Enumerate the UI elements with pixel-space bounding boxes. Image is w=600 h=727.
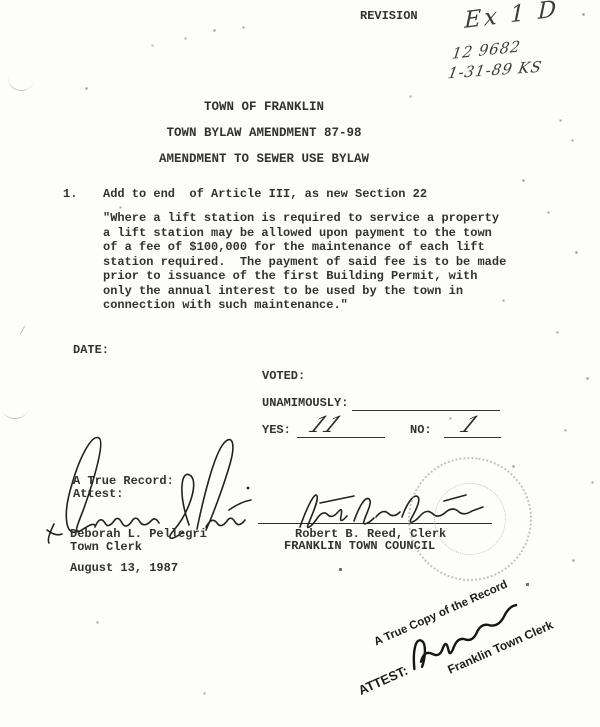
doc-amendment-subject: AMENDMENT TO SEWER USE BYLAW	[114, 146, 414, 172]
pencil-tick-mark	[20, 326, 32, 334]
yes-blank-line: 11	[297, 423, 385, 438]
attestation-date: August 13, 1987	[70, 561, 178, 575]
yes-tally-handwriting: 11	[303, 413, 347, 438]
unanimously-blank-line	[352, 396, 500, 411]
section-number: 1.	[63, 187, 77, 201]
no-blank-line: 1	[444, 423, 501, 438]
doc-title: TOWN OF FRANKLIN	[114, 94, 414, 120]
no-label: NO:	[410, 423, 432, 437]
no-tally-handwriting: 1	[454, 413, 484, 438]
exhibit-handwriting: Ex 1 D	[464, 0, 559, 34]
deborah-title: Town Clerk	[70, 540, 142, 554]
yes-label: YES:	[262, 423, 291, 437]
revision-label: REVISION	[360, 9, 418, 23]
section-heading: Add to end of Article III, as new Sectio…	[103, 187, 427, 201]
unanimously-label: UNAMIMOUSLY:	[262, 396, 348, 410]
pencil-arc-mark	[5, 63, 36, 94]
embossed-seal-inner-ring	[429, 478, 511, 560]
doc-amendment-number: TOWN BYLAW AMENDMENT 87-98	[114, 120, 414, 146]
title-block: TOWN OF FRANKLIN TOWN BYLAW AMENDMENT 87…	[114, 94, 414, 172]
scanned-document-page: REVISION Ex 1 D 12 9682 1-31-89 KS TOWN …	[0, 0, 600, 727]
voted-label: VOTED:	[262, 369, 305, 383]
scan-specks	[0, 0, 1, 1]
section-body-text: "Where a lift station is required to ser…	[103, 211, 521, 313]
date-label: DATE:	[73, 343, 109, 357]
stamp-attest-label: ATTEST:	[356, 663, 410, 698]
pencil-arc-mark	[2, 398, 28, 419]
deborah-typed-name: Deborah L. Pellegri	[70, 527, 207, 541]
